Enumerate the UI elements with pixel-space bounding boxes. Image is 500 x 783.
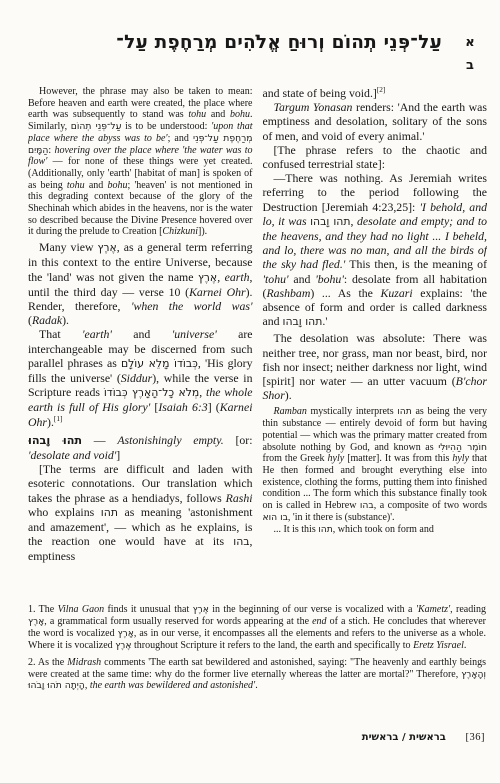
text-segment: ) ... As the [310,286,380,300]
footnote-2: 2. As the Midrash comments 'The earth sa… [28,657,486,693]
paragraph: ... It is this תהו, which took on form a… [263,524,488,536]
text-segment: throughout Scripture it refers to the la… [131,640,413,651]
text-segment-he: תהו וָבהו [282,315,322,328]
text-segment-he: בו הוא [263,512,288,523]
text-segment-he: אֶרֶץ [98,241,117,254]
text-segment-he: בהו [233,535,249,548]
text-segment: , [217,270,224,284]
paragraph: and state of being void.][2] [263,86,488,100]
text-segment: [The terms are difficult and laden with … [28,462,253,504]
verse-marker-aleph: א [465,35,474,50]
text-segment: 1. The [28,604,58,615]
text-segment-he: אֶרֶץ [193,604,209,615]
text-segment-i: 'Kametz' [416,604,450,615]
text-segment: ... It is this [274,524,319,535]
left-column: However, the phrase may also be taken to… [28,86,253,600]
paragraph: —There was nothing. As Jeremiah writes r… [263,171,488,329]
text-segment: ] ( [208,400,220,414]
right-column: and state of being void.][2] Targum Yona… [263,86,488,600]
text-segment: and state of being void.] [263,86,377,100]
text-segment-i: 'bohu' [315,272,344,286]
text-segment: from the Greek [263,453,328,464]
footnote-1: 1. The Vilna Gaon finds it unusual that … [28,604,486,652]
text-segment: . [255,680,258,691]
text-segment: ). [47,415,54,429]
text-segment: , reading [450,604,486,615]
paragraph: The desolation was absolute: There was n… [263,331,488,402]
text-segment-i: Rashi [226,491,253,505]
text-segment-i: hyly [452,453,469,464]
text-segment: in the beginning of our verse is vocaliz… [209,604,416,615]
text-segment: — [82,433,117,447]
verse-markers: א ב [456,30,484,73]
text-segment: This then, is the meaning of [345,257,487,271]
text-segment-i: Radak [32,313,62,327]
text-segment: finds it unusual that [104,604,192,615]
text-segment-i: bohu [107,180,127,191]
text-segment: and [85,180,108,191]
text-segment-i: Eretz Yisrael [413,640,464,651]
paragraph: Ramban mystically interprets תהו as bein… [263,406,488,523]
verse-marker-beis: ב [466,58,474,73]
paragraph: [The terms are difficult and laden with … [28,462,253,563]
text-segment-he: תהו [397,406,412,417]
verse-header: עַל־פְּנֵי תְהוֹם וְרוּחַ אֱלֹהִים מְרַח… [28,30,484,73]
text-segment-i: end [312,616,326,627]
text-segment-i: Targum Yonasan [274,100,353,114]
text-segment: , which took on form and [333,524,434,535]
text-segment: . [464,640,467,651]
text-segment: ). [62,313,69,327]
text-segment: 2. As the [28,657,67,668]
paragraph: Many view אֶרֶץ, as a general term refer… [28,240,253,327]
text-segment-i: Kuzari [381,286,413,300]
text-segment-he: חוֹמֶר הַהִיוּלִי [438,442,487,453]
text-segment-i: 'when the world was' [131,299,253,313]
text-segment: That [39,327,82,341]
text-segment: .' [322,314,327,328]
text-segment-he: אָרֶץ [28,616,44,627]
text-segment: [or: [224,433,253,447]
text-segment-i: 'tohu' [263,272,289,286]
paragraph: That 'earth' and 'universe' are intercha… [28,327,253,428]
footnotes: 1. The Vilna Gaon finds it unusual that … [28,604,486,692]
text-segment-i: the earth was bewildered and astonished' [90,680,255,691]
text-segment-sup: [1] [54,414,63,423]
paragraph: However, the phrase may also be taken to… [28,86,253,238]
text-segment: and [289,272,316,286]
text-segment-i: Astonishingly empty. [117,433,223,447]
text-segment: and [206,109,230,120]
text-segment-i: Isaiah 6:3 [158,400,207,414]
text-segment-i: Karnei Ohr [189,285,246,299]
text-segment: , a composite of two words [374,500,487,511]
text-segment-i: Rashbam [266,286,310,300]
text-segment: ] [116,448,120,462]
text-segment: mystically interprets [307,406,397,417]
text-segment: The desolation was absolute: There was n… [263,331,488,388]
text-segment-sup: [2] [377,86,386,94]
text-segment-i: bohu [230,109,250,120]
text-segment-he: תהו וָבהו [310,215,350,228]
text-segment: [matter]. It was from this [344,453,452,464]
commentary-columns: However, the phrase may also be taken to… [28,86,487,600]
paragraph: [The phrase refers to the chaotic and co… [263,143,488,171]
text-segment-he: אָרֶץ [118,628,134,639]
text-segment: [The phrase refers to the chaotic and co… [263,143,488,171]
text-segment-he: תהו [318,524,333,535]
text-segment-heb: תהוּ וָבהוּ [28,434,82,447]
text-segment: , 'in it there is (substance)'. [288,512,395,523]
text-segment-i: tohu [188,109,206,120]
text-segment-i: Ramban [274,406,307,417]
footer-section-title: בראשית / בראשית [362,732,446,743]
text-segment-he: אֶרֶץ [115,640,131,651]
text-segment: and [112,327,172,341]
paragraph: Targum Yonasan renders: 'And the earth w… [263,100,488,143]
text-segment-i: Chizkuni [162,226,198,237]
text-segment-he: עַל־פְּנֵי תְהוֹם [71,121,122,132]
text-segment-i: earth [225,270,250,284]
text-segment-he: תהו [101,506,118,519]
page-number: [36] [466,732,486,743]
paragraph-catchword: תהוּ וָבהוּ — Astonishingly empty. [or: … [28,433,253,462]
hebrew-verse-text: עַל־פְּנֵי תְהוֹם וְרוּחַ אֱלֹהִים מְרַח… [116,30,456,56]
text-segment-i: tohu [67,180,85,191]
text-segment: ]). [198,226,207,237]
text-segment: , a grammatical form usually reserved fo… [44,616,312,627]
text-segment: who explains [28,505,101,519]
text-segment: is to be understood: [121,121,211,132]
text-segment-i: 'universe' [172,327,217,341]
page-footer: בראשית / בראשית [36] [28,731,485,744]
text-segment-he: בהו [360,500,374,511]
text-segment-he: כְּבוֹדוֹ מָלֵא עוֹלָם [121,357,198,370]
text-segment-he: מְלֹא כָל־הָאָרֶץ כְּבוֹדוֹ [104,386,199,399]
text-segment-i: hyly [328,453,345,464]
text-segment-i: Vilna Gaon [58,604,105,615]
text-segment-i: 'desolate and void' [28,448,116,462]
text-segment-he: אֶרֶץ [198,271,217,284]
text-segment: Many view [39,240,98,254]
text-segment: ). [285,388,292,402]
text-segment-i: Midrash [67,657,101,668]
text-segment: ; and [168,133,193,144]
text-segment-i: 'earth' [82,327,112,341]
book-page: עַל־פְּנֵי תְהוֹם וְרוּחַ אֱלֹהִים מְרַח… [0,0,500,783]
text-segment-i: Siddur [121,371,152,385]
